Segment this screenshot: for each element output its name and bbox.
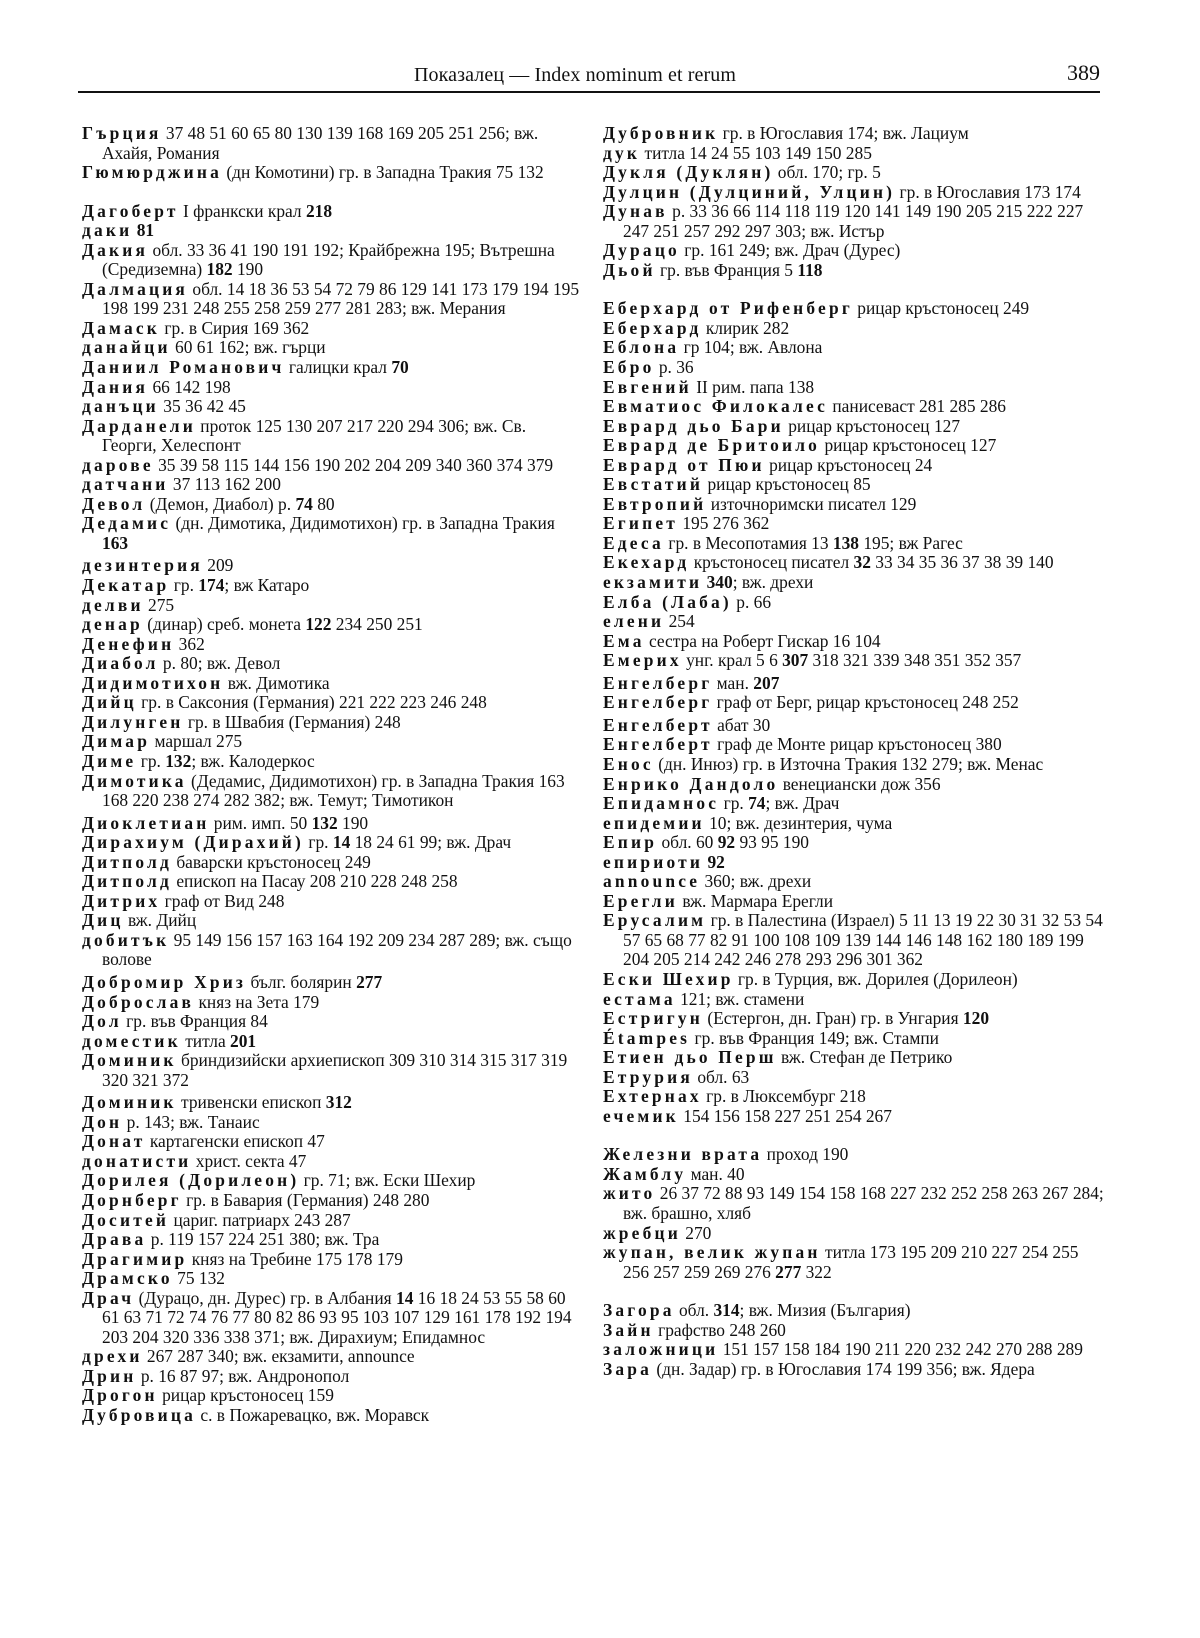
index-entry: Ески Шехир гр. в Турция, вж. Дорилея (До…: [603, 970, 1105, 990]
index-headword: Драмско: [82, 1268, 173, 1288]
bold-page-ref: 174: [198, 575, 224, 595]
index-entry: доместик титла 201: [82, 1032, 584, 1052]
index-entry: Дирахиум (Дирахий) гр. 14 18 24 61 99; в…: [82, 833, 584, 853]
index-entry: Дилунген гр. в Швабия (Германия) 248: [82, 713, 584, 733]
index-headword: екзамити: [603, 572, 702, 592]
index-headword: Енос: [603, 754, 654, 774]
index-headword: Даниил Романович: [82, 357, 285, 377]
index-headword: Димар: [82, 731, 150, 751]
index-entry: Евтропий източноримски писател 129: [603, 495, 1105, 515]
index-headword: Еврард де Бритоило: [603, 435, 820, 455]
bold-page-ref: 92: [718, 832, 735, 852]
index-entry: Ема сестра на Роберт Гискар 16 104: [603, 632, 1105, 652]
index-headword: Етиен дьо Перш: [603, 1047, 777, 1067]
index-headword: Драч: [82, 1288, 134, 1308]
index-headword: Доброслав: [82, 992, 194, 1012]
index-entry: Дунав р. 33 36 66 114 118 119 120 141 14…: [603, 202, 1105, 241]
bold-page-ref: 277: [356, 972, 382, 992]
bold-page-ref: 138: [833, 533, 859, 553]
index-headword: Дакия: [82, 240, 148, 260]
index-column-left: Гърция 37 48 51 60 65 80 130 139 168 169…: [82, 124, 584, 1426]
index-entry: Железни врата проход 190: [603, 1145, 1105, 1165]
index-headword: Девол: [82, 494, 145, 514]
index-headword: Дания: [82, 377, 148, 397]
index-headword: Диц: [82, 910, 124, 930]
index-entry: Еврард де Бритоило рицар кръстоносец 127: [603, 436, 1105, 456]
index-headword: Едеса: [603, 533, 664, 553]
index-entry: Донат картагенски епископ 47: [82, 1132, 584, 1152]
bold-page-ref: 81: [137, 220, 154, 240]
index-entry: Дьой гр. във Франция 5 118: [603, 261, 1105, 281]
index-headword: Дулцин (Дулциний, Улцин): [603, 182, 895, 202]
index-entry: елени 254: [603, 612, 1105, 632]
index-headword: Загора: [603, 1300, 675, 1320]
index-entry: Дол гр. във Франция 84: [82, 1012, 584, 1032]
index-headword: Дорнберг: [82, 1190, 182, 1210]
index-headword: Епир: [603, 832, 657, 852]
index-headword: Ерусалим: [603, 910, 706, 930]
index-headword: данъци: [82, 396, 159, 416]
index-entry: Еврард дьо Бари рицар кръстоносец 127: [603, 417, 1105, 437]
index-entry: Елба (Лаба) р. 66: [603, 593, 1105, 613]
index-entry: Евгений II рим. папа 138: [603, 378, 1105, 398]
bold-page-ref: 132: [165, 751, 191, 771]
index-headword: Енгелберт: [603, 715, 713, 735]
index-entry: жребци 270: [603, 1224, 1105, 1244]
index-entry: Доброслав княз на Зета 179: [82, 993, 584, 1013]
index-entry: епидемии 10; вж. дезинтерия, чума: [603, 814, 1105, 834]
index-headword: Диабол: [82, 653, 159, 673]
index-headword: заложници: [603, 1339, 718, 1359]
index-entry: делви 275: [82, 596, 584, 616]
index-entry: Египет 195 276 362: [603, 514, 1105, 534]
index-entry: Енос (дн. Инюз) гр. в Източна Тракия 132…: [603, 755, 1105, 775]
index-headword: датчани: [82, 474, 169, 494]
index-headword: дук: [603, 143, 640, 163]
bold-page-ref: 340: [707, 572, 733, 592]
index-entry: Дитполд баварски кръстоносец 249: [82, 853, 584, 873]
index-headword: дезинтерия: [82, 555, 203, 575]
index-entry: Étampes гр. във Франция 149; вж. Стампи: [603, 1029, 1105, 1049]
index-entry: Енгелберт абат 30: [603, 716, 1105, 736]
bold-page-ref: 74: [748, 793, 765, 813]
index-entry: Енгелберг граф от Берг, рицар кръстоносе…: [603, 693, 1105, 713]
index-headword: Дитполд: [82, 871, 172, 891]
index-headword: Дилунген: [82, 712, 183, 732]
index-entry: заложници 151 157 158 184 190 211 220 23…: [603, 1340, 1105, 1360]
index-headword: Еберхард: [603, 318, 701, 338]
index-headword: Еберхард от Рифенберг: [603, 298, 853, 318]
index-entry: Емерих унг. крал 5 6 307 318 321 339 348…: [603, 651, 1105, 671]
index-entry: дарове 35 39 58 115 144 156 190 202 204 …: [82, 456, 584, 476]
index-entry: Дитрих граф от Вид 248: [82, 892, 584, 912]
index-entry: данайци 60 61 162; вж. гърци: [82, 338, 584, 358]
index-headword: Дол: [82, 1011, 122, 1031]
index-headword: Еблона: [603, 337, 679, 357]
bold-page-ref: 70: [391, 357, 408, 377]
index-headword: Дьой: [603, 260, 656, 280]
index-headword: Дунав: [603, 201, 668, 221]
index-headword: Добромир Хриз: [82, 972, 246, 992]
index-headword: Дедамис: [82, 513, 171, 533]
index-entry: Дидимотихон вж. Димотика: [82, 674, 584, 694]
index-entry: Еврард от Пюи рицар кръстоносец 24: [603, 456, 1105, 476]
bold-page-ref: 163: [102, 533, 128, 553]
index-entry: Епир обл. 60 92 93 95 190: [603, 833, 1105, 853]
index-headword: жребци: [603, 1223, 681, 1243]
index-headword: Дидимотихон: [82, 673, 223, 693]
index-column-right: Дубровник гр. в Югославия 174; вж. Лациу…: [603, 124, 1105, 1379]
index-headword: Дагоберт: [82, 201, 179, 221]
running-header: Показалец — Index nominum et rerum 389: [78, 58, 1100, 92]
index-entry: Етрурия обл. 63: [603, 1068, 1105, 1088]
index-headword: ечемик: [603, 1106, 679, 1126]
index-headword: епириоти: [603, 852, 703, 872]
index-entry: Ехтернах гр. в Люксембург 218: [603, 1087, 1105, 1107]
index-headword: Египет: [603, 513, 678, 533]
index-headword: Дирахиум (Дирахий): [82, 832, 304, 852]
index-headword: Енгелберг: [603, 692, 712, 712]
index-headword: Ебро: [603, 357, 654, 377]
index-entry: Далмация обл. 14 18 36 53 54 72 79 86 12…: [82, 280, 584, 319]
index-headword: дарове: [82, 455, 154, 475]
bold-page-ref: 182: [207, 259, 233, 279]
index-headword: Дрогон: [82, 1385, 158, 1405]
index-headword: Еврард дьо Бари: [603, 416, 784, 436]
index-headword: данайци: [82, 337, 171, 357]
index-headword: епидемии: [603, 813, 705, 833]
index-entry: Диабол р. 80; вж. Девол: [82, 654, 584, 674]
index-entry: Еберхард клирик 282: [603, 319, 1105, 339]
index-headword: Екехард: [603, 552, 689, 572]
index-entry: Дакия обл. 33 36 41 190 191 192; Крайбре…: [82, 241, 584, 280]
index-entry: ечемик 154 156 158 227 251 254 267: [603, 1107, 1105, 1127]
index-entry: дрехи 267 287 340; вж. екзамити, announc…: [82, 1347, 584, 1367]
index-entry: Енрико Дандоло венециански дож 356: [603, 775, 1105, 795]
index-entry: Едеса гр. в Месопотамия 13 138 195; вж Р…: [603, 534, 1105, 554]
bold-page-ref: 14: [396, 1288, 413, 1308]
index-headword: Дамаск: [82, 318, 160, 338]
index-entry: епириоти 92: [603, 853, 1105, 873]
index-entry: Димотика (Дедамис, Дидимотихон) гр. в За…: [82, 772, 584, 811]
page-number: 389: [1067, 60, 1100, 86]
index-entry: Дрогон рицар кръстоносец 159: [82, 1386, 584, 1406]
index-entry: Eрегли вж. Мармара Ерегли: [603, 892, 1105, 912]
index-entry: Еблона гр 104; вж. Авлона: [603, 338, 1105, 358]
index-headword: Дрин: [82, 1366, 136, 1386]
index-entry: денар (динар) среб. монета 122 234 250 2…: [82, 615, 584, 635]
index-entry: Етиен дьо Перш вж. Стефан де Петрико: [603, 1048, 1105, 1068]
index-entry: Дукля (Дуклян) обл. 170; гр. 5: [603, 163, 1105, 183]
index-headword: Доситей: [82, 1210, 169, 1230]
index-entry: Еберхард от Рифенберг рицар кръстоносец …: [603, 299, 1105, 319]
index-entry: Драгимир княз на Требине 175 178 179: [82, 1250, 584, 1270]
index-headword: дрехи: [82, 1346, 143, 1366]
index-headword: Дукля (Дуклян): [603, 162, 773, 182]
index-entry: Дулцин (Дулциний, Улцин) гр. в Югославия…: [603, 183, 1105, 203]
index-entry: Димар маршал 275: [82, 732, 584, 752]
index-entry: Добромир Хриз бълг. болярин 277: [82, 973, 584, 993]
bold-page-ref: 118: [797, 260, 822, 280]
index-headword: Епидамнос: [603, 793, 719, 813]
index-headword: Eрегли: [603, 891, 678, 911]
index-entry: Дитполд епископ на Пасау 208 210 228 248…: [82, 872, 584, 892]
index-entry: Декатар гр. 174; вж Катаро: [82, 576, 584, 596]
index-entry: Екехард кръстоносец писател 32 33 34 35 …: [603, 553, 1105, 573]
index-headword: Далмация: [82, 279, 188, 299]
index-headword: Жамблу: [603, 1164, 686, 1184]
index-entry: даки 81: [82, 221, 584, 241]
bold-page-ref: 207: [753, 673, 779, 693]
index-headword: даки: [82, 220, 132, 240]
index-headword: жито: [603, 1183, 655, 1203]
index-entry: announce 360; вж. дрехи: [603, 872, 1105, 892]
index-entry: Зайн графство 248 260: [603, 1321, 1105, 1341]
index-entry: Диме гр. 132; вж. Калодеркос: [82, 752, 584, 772]
index-entry: Ерусалим гр. в Палестина (Израел) 5 11 1…: [603, 911, 1105, 970]
index-entry: Дийц гр. в Саксония (Германия) 221 222 2…: [82, 693, 584, 713]
index-headword: Дубровник: [603, 123, 718, 143]
index-entry: Загора обл. 314; вж. Мизия (България): [603, 1301, 1105, 1321]
index-entry: Гюмюрджина (дн Комотини) гр. в Западна Т…: [82, 163, 584, 183]
index-entry: Енгелберт граф де Монте рицар кръстоносе…: [603, 735, 1105, 755]
index-entry: Дагоберт I франкски крал 218: [82, 202, 584, 222]
index-headword: Дитполд: [82, 852, 172, 872]
bold-page-ref: 32: [854, 552, 871, 572]
index-headword: Дубровица: [82, 1405, 196, 1425]
index-entry: Енгелберг ман. 207: [603, 674, 1105, 694]
index-entry: екзамити 340; вж. дрехи: [603, 573, 1105, 593]
index-headword: Дорилея (Дорилеон): [82, 1170, 299, 1190]
index-headword: Декатар: [82, 575, 169, 595]
index-entry: Епидамнос гр. 74; вж. Драч: [603, 794, 1105, 814]
index-entry: жито 26 37 72 88 93 149 154 158 168 227 …: [603, 1184, 1105, 1223]
index-headword: донатисти: [82, 1151, 191, 1171]
index-headword: Зайн: [603, 1320, 654, 1340]
bold-page-ref: 312: [326, 1092, 352, 1112]
index-headword: Естригун: [603, 1008, 703, 1028]
index-headword: Дийц: [82, 692, 137, 712]
index-entry: Дрин р. 16 87 97; вж. Андронопол: [82, 1367, 584, 1387]
bold-page-ref: 120: [963, 1008, 989, 1028]
index-headword: Евтропий: [603, 494, 706, 514]
index-entry: Жамблу ман. 40: [603, 1165, 1105, 1185]
bold-page-ref: 307: [782, 650, 808, 670]
index-headword: Железни врата: [603, 1144, 762, 1164]
index-entry: Диц вж. Дийц: [82, 911, 584, 931]
index-entry: Дедамис (дн. Димотика, Дидимотихон) гр. …: [82, 514, 584, 553]
index-entry: Евматиос Филокалес панисеваст 281 285 28…: [603, 397, 1105, 417]
bold-page-ref: 92: [707, 852, 724, 872]
index-headword: Ески Шехир: [603, 969, 734, 989]
running-title: Показалец — Index nominum et rerum: [414, 64, 736, 87]
index-entry: Денефин 362: [82, 635, 584, 655]
bold-page-ref: 314: [713, 1300, 739, 1320]
index-headword: Доминик: [82, 1050, 177, 1070]
index-entry: Ебро р. 36: [603, 358, 1105, 378]
index-entry: Доситей цариг. патриарх 243 287: [82, 1211, 584, 1231]
index-headword: Ехтернах: [603, 1086, 702, 1106]
index-entry: Дорнберг гр. в Бавария (Германия) 248 28…: [82, 1191, 584, 1211]
index-headword: Донат: [82, 1131, 145, 1151]
index-entry: Дарданели проток 125 130 207 217 220 294…: [82, 417, 584, 456]
index-headword: Димотика: [82, 771, 187, 791]
index-entry: данъци 35 36 42 45: [82, 397, 584, 417]
index-entry: Гърция 37 48 51 60 65 80 130 139 168 169…: [82, 124, 584, 163]
index-entry: Даниил Романович галицки крал 70: [82, 358, 584, 378]
index-headword: Доминик: [82, 1092, 177, 1112]
index-headword: Дон: [82, 1112, 122, 1132]
index-entry: Доминик бриндизийски архиепископ 309 310…: [82, 1051, 584, 1090]
index-headword: Елба (Лаба): [603, 592, 732, 612]
index-entry: Евстатий рицар кръстоносец 85: [603, 475, 1105, 495]
index-headword: Евматиос Филокалес: [603, 396, 828, 416]
index-headword: Енгелберт: [603, 734, 713, 754]
index-headword: добитък: [82, 930, 169, 950]
index-headword: Зара: [603, 1359, 652, 1379]
index-headword: Étampes: [603, 1028, 690, 1048]
index-entry: естама 121; вж. стамени: [603, 990, 1105, 1010]
index-headword: Драгимир: [82, 1249, 187, 1269]
index-entry: Дон р. 143; вж. Танаис: [82, 1113, 584, 1133]
bold-page-ref: 218: [306, 201, 332, 221]
index-headword: Гюмюрджина: [82, 162, 222, 182]
index-entry: датчани 37 113 162 200: [82, 475, 584, 495]
index-entry: Зара (дн. Задар) гр. в Югославия 174 199…: [603, 1360, 1105, 1380]
index-entry: Драч (Дурацо, дн. Дурес) гр. в Албания 1…: [82, 1289, 584, 1348]
index-headword: Дарданели: [82, 416, 196, 436]
index-headword: Етрурия: [603, 1067, 693, 1087]
index-headword: Диме: [82, 751, 136, 771]
index-headword: Еврард от Пюи: [603, 455, 765, 475]
bold-page-ref: 201: [230, 1031, 256, 1051]
index-entry: донатисти христ. секта 47: [82, 1152, 584, 1172]
index-entry: дезинтерия 209: [82, 556, 584, 576]
bold-page-ref: 277: [775, 1262, 801, 1282]
bold-page-ref: 14: [333, 832, 350, 852]
index-entry: Естригун (Естергон, дн. Гран) гр. в Унга…: [603, 1009, 1105, 1029]
index-headword: Евстатий: [603, 474, 703, 494]
index-headword: доместик: [82, 1031, 181, 1051]
index-headword: естама: [603, 989, 676, 1009]
index-headword: Емерих: [603, 650, 682, 670]
index-entry: Дурацо гр. 161 249; вж. Драч (Дурес): [603, 241, 1105, 261]
index-headword: Енрико Дандоло: [603, 774, 778, 794]
index-headword: announce: [603, 871, 700, 891]
index-entry: Драмско 75 132: [82, 1269, 584, 1289]
index-headword: делви: [82, 595, 144, 615]
index-entry: Дамаск гр. в Сирия 169 362: [82, 319, 584, 339]
index-entry: Доминик тривенски епископ 312: [82, 1093, 584, 1113]
index-headword: Енгелберг: [603, 673, 712, 693]
index-headword: Гърция: [82, 123, 162, 143]
index-headword: Евгений: [603, 377, 692, 397]
index-headword: Диоклетиан: [82, 813, 209, 833]
index-headword: Ема: [603, 631, 645, 651]
bold-page-ref: 74: [295, 494, 312, 514]
index-entry: дук титла 14 24 55 103 149 150 285: [603, 144, 1105, 164]
index-headword: Драва: [82, 1229, 146, 1249]
index-entry: добитък 95 149 156 157 163 164 192 209 2…: [82, 931, 584, 970]
header-rule: [78, 91, 1100, 93]
index-entry: Дубровица с. в Пожаревацко, вж. Моравск: [82, 1406, 584, 1426]
index-entry: Дубровник гр. в Югославия 174; вж. Лациу…: [603, 124, 1105, 144]
index-entry: Диоклетиан рим. имп. 50 132 190: [82, 814, 584, 834]
index-entry: Девол (Демон, Диабол) р. 74 80: [82, 495, 584, 515]
index-headword: жупан, велик жупан: [603, 1242, 821, 1262]
index-headword: Денефин: [82, 634, 174, 654]
bold-page-ref: 122: [305, 614, 331, 634]
bold-page-ref: 132: [312, 813, 338, 833]
index-headword: денар: [82, 614, 143, 634]
index-entry: Драва р. 119 157 224 251 380; вж. Тра: [82, 1230, 584, 1250]
index-entry: Дорилея (Дорилеон) гр. 71; вж. Ески Шехи…: [82, 1171, 584, 1191]
index-headword: Дитрих: [82, 891, 160, 911]
index-headword: Дурацо: [603, 240, 680, 260]
index-entry: Дания 66 142 198: [82, 378, 584, 398]
index-entry: жупан, велик жупан титла 173 195 209 210…: [603, 1243, 1105, 1282]
index-headword: елени: [603, 611, 664, 631]
